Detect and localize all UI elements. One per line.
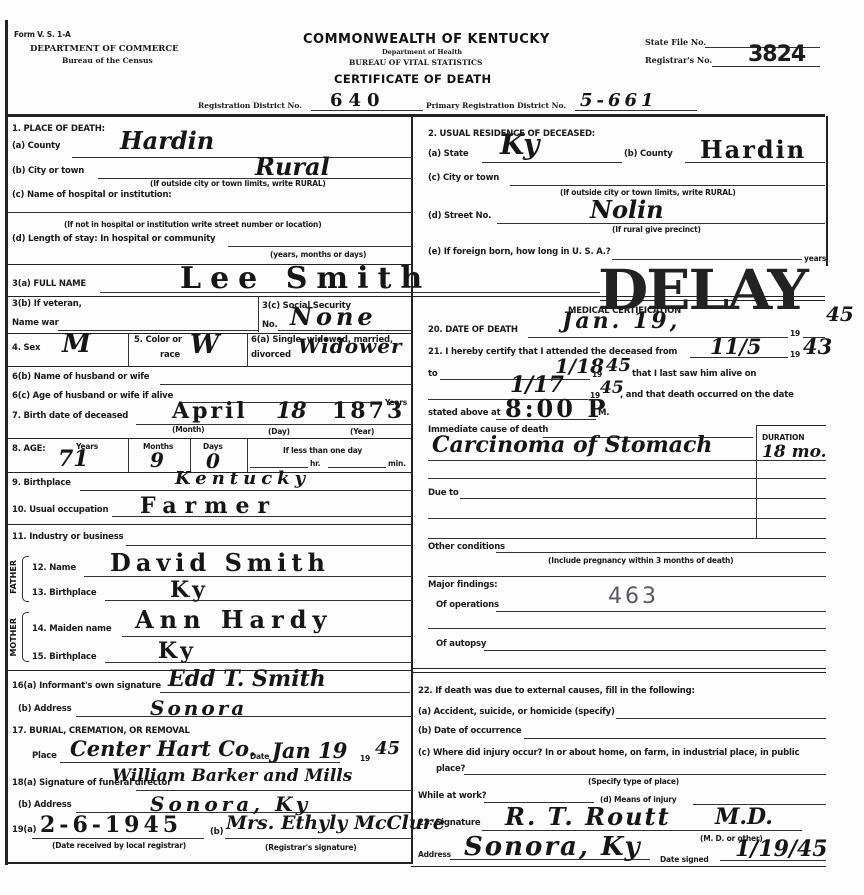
cause-line-1 [428,460,826,461]
accident-line [616,718,826,719]
res-street-label: (d) Street No. [428,211,491,221]
full-name-label: 3(a) FULL NAME [12,279,86,289]
external-heading: 22. If death was due to external causes,… [418,686,695,696]
where-label-2: place? [436,764,465,774]
res-state-value: Ky [500,128,539,161]
physician-address-value: Sonora, Ky [464,832,642,862]
stay-label: (d) Length of stay: In hospital or commu… [12,234,215,244]
father-name-label: 12. Name [32,563,76,573]
informant-sig-label: 16(a) Informant's own signature [12,681,161,691]
margin-year-45: 45 [826,302,854,326]
certify-label: 21. I hereby certify that I attended the… [428,347,677,357]
occurred-label: , and that death occurred on the date [620,390,794,400]
hr-label: hr. [310,459,320,468]
primary-district-value: 5-661 [580,90,658,111]
month-note: (Month) [172,425,204,434]
attended-to-year: 45 [606,355,631,376]
birth-day: 18 [276,398,307,424]
primary-district-label: Primary Registration District No. [426,101,566,110]
funeral-address-label: (b) Address [18,800,71,810]
burial-place-value: Center Hart Co. [70,736,256,761]
registrar-sig-line [225,838,412,839]
color-label-1: 5. Color or [134,335,182,345]
attended-from-value: 11/5 [710,334,762,359]
operations-line [496,611,826,612]
age-years: 71 [58,446,89,472]
hospital-label: (c) Name of hospital or institution: [12,190,172,200]
min-line [328,467,386,468]
registrars-label: Registrar's No. [645,55,712,65]
birth-year: 1873 [332,398,405,424]
date-of-death-label: 20. DATE OF DEATH [428,325,518,335]
medical-bottom [411,668,826,669]
occupation-label: 10. Usual occupation [12,505,108,515]
foreign-unit: years [804,254,826,263]
ss-value: None [290,302,377,331]
registrar-sig-note: (Registrar's signature) [265,843,356,852]
birthplace-value: Kentucky [175,468,310,489]
date-received-label: 19(a) [12,825,36,835]
cause-line-3 [428,518,826,519]
attended-from-year: 43 [803,334,832,359]
color-label-2: race [160,350,180,360]
sex-divider [128,333,129,366]
age-label: 8. AGE: [12,444,45,454]
cause-box-top [756,425,826,426]
autopsy-line [484,650,826,651]
burial-date-label: Date [250,752,269,761]
time-value: 8:00 P [505,394,608,423]
sex-label: 4. Sex [12,343,40,353]
age-divider-2 [190,438,191,472]
major-top-line [428,576,826,577]
autopsy-label: Of autopsy [436,639,486,649]
mother-name-label: 14. Maiden name [32,624,111,634]
date-received-value: 2-6-1945 [40,812,182,838]
bureau-census: Bureau of the Census [62,56,153,65]
informant-address-label: (b) Address [18,704,71,714]
marital-label-2: divorced [251,350,291,360]
cause-line-2 [428,478,826,479]
right-border [826,116,828,266]
occupation-value: Farmer [140,493,277,519]
burial-place-label: Place [32,751,57,761]
operations-note: 463 [608,584,659,609]
foreign-label: (e) If foreign born, how long in U. S. A… [428,247,611,257]
other-label: Other conditions [428,542,505,552]
stay-note: (years, months or days) [270,250,366,259]
burial-year-value: 45 [375,738,400,759]
ss-divider [258,296,259,332]
father-birthplace-line [105,600,412,601]
mother-birthplace-line [105,662,412,663]
burial-place-line [60,762,282,763]
color-value: W [190,330,219,360]
time-suffix: M. [598,408,609,418]
date-signed-value: 1/19/45 [735,836,828,862]
mother-name-line [122,636,412,637]
hospital-note: (If not in hospital or institution write… [64,220,321,229]
industry-label: 11. Industry or business [12,532,123,542]
burial-heading: 17. BURIAL, CREMATION, OR REMOVAL [12,726,190,736]
funeral-sig-line [136,790,412,791]
death-city-value: Rural [255,152,330,181]
color-divider [247,333,248,366]
operations-label: Of operations [436,600,499,610]
res-state-label: (a) State [428,149,468,159]
res-state-line [482,162,622,163]
birth-row-bottom [5,438,411,439]
county-line [72,157,412,158]
physician-sig-label: 23. Signature [418,818,480,828]
due-to-line [460,498,826,499]
res-street-note: (If rural give precinct) [612,225,701,234]
city-note: (If outside city or town limits, write R… [150,179,326,188]
less-day-label: If less than one day [283,446,362,455]
res-city-label: (c) City or town [428,173,499,183]
where-label: (c) Where did injury occur? In or about … [418,748,799,758]
other-note: (Include pregnancy within 3 months of de… [548,556,733,565]
birthplace-label: 9. Birthplace [12,478,71,488]
name-row-bottom [5,296,825,297]
duration-value: 18 mo. [762,442,827,462]
last-saw-label: that I last saw him alive on [632,369,756,379]
war-label: Name war [12,318,59,328]
industry-line [126,545,412,546]
mother-birthplace-value: Ky [158,638,197,664]
occupation-row-bottom [5,524,411,525]
father-name-value: David Smith [110,548,330,577]
sex-row-bottom [5,366,411,367]
certificate-title: CERTIFICATE OF DEATH [334,72,492,86]
res-street-value: Nolin [590,195,664,224]
accident-label: (a) Accident, suicide, or homicide (spec… [418,707,615,717]
name-row-bottom-2 [600,300,825,301]
birth-label: 7. Birth date of deceased [12,411,128,421]
mother-birthplace-label: 15. Birthplace [32,652,96,662]
bureau-vital: BUREAU OF VITAL STATISTICS [349,58,482,67]
work-label: While at work? [418,791,486,801]
dept-health: Department of Health [382,48,462,56]
place-of-death-heading: 1. PLACE OF DEATH: [12,124,105,134]
other-line [496,552,826,553]
res-county-value: Hardin [700,135,806,164]
min-label: min. [388,459,406,468]
date-received-note: (Date received by local registrar) [52,841,186,850]
ss-no-label: No. [262,320,278,330]
attended-from-prefix: 19 [790,350,800,359]
immediate-value: Carcinoma of Stomach [432,432,712,458]
header-rule [5,114,825,117]
dept-commerce: DEPARTMENT OF COMMERCE [30,44,179,54]
date-of-death-prefix: 19 [790,329,800,338]
age-divider-1 [128,438,129,472]
duration-divider [756,425,757,539]
state-file-label: State File No. [645,37,706,47]
cause-line-4 [428,538,826,539]
right-bottom-rule [411,866,826,867]
funeral-sig-value: William Barker and Mills [112,766,352,786]
city-label: (b) City or town [12,166,84,176]
hospital-line [8,212,412,213]
burial-date-value: Jan 19 [272,738,347,763]
death-county-value: Hardin [120,126,214,155]
res-county-label: (b) County [624,149,673,159]
mother-name-value: Ann Hardy [135,605,332,634]
spouse-name-line [160,384,412,385]
informant-sig-value: Edd T. Smith [168,666,326,692]
date-received-line [32,838,204,839]
where-line [464,774,826,775]
due-to-label: Due to [428,488,459,498]
physician-sig-value: R. T. Routt [505,802,671,831]
physician-title-value: M.D. [715,804,773,830]
sex-value: M [62,329,91,359]
father-birthplace-label: 13. Birthplace [32,588,96,598]
father-brace [22,556,29,602]
left-border [5,20,8,865]
informant-address-value: Sonora [150,696,247,720]
mother-side-label: MOTHER [9,618,18,657]
father-side-label: FATHER [9,560,18,594]
age-months: 9 [150,448,164,472]
where-note: (Specify type of place) [588,777,679,786]
occurrence-line [524,738,826,739]
father-birthplace-value: Ky [170,577,209,603]
major-label: Major findings: [428,580,497,590]
age-divider-3 [247,438,248,472]
mother-brace [22,612,29,662]
stay-line [228,246,412,247]
county-label: (a) County [12,141,60,151]
registrar-sig-value: Mrs. Ethyly McClure [226,812,445,834]
date-of-death-value: Jan. 19, [562,308,680,334]
occurrence-label: (b) Date of occurrence [418,726,521,736]
reg-district-value: 640 [330,90,386,111]
veteran-label: 3(b) If veteran, [12,299,82,309]
burial-year-prefix: 19 [360,754,370,763]
to-label: to [428,369,438,379]
day-note: (Day) [268,427,290,436]
bottom-rule [5,862,411,864]
reg-district-label: Registration District No. [198,101,302,110]
duration-label: DURATION [762,433,804,442]
spouse-age-label: 6(c) Age of husband or wife if alive [12,391,173,401]
commonwealth-title: COMMONWEALTH OF KENTUCKY [303,32,550,47]
registrar-sig-label: (b) [210,827,223,837]
informant-sig-line [160,692,410,693]
stated-label: stated above at [428,408,500,418]
physician-address-label: Address [418,850,451,859]
date-signed-label: Date signed [660,855,709,864]
form-number: Form V. S. 1-A [14,30,71,39]
res-city-line [510,185,825,186]
registrars-number: 3824 [748,42,805,67]
spouse-name-label: 6(b) Name of husband or wife [12,372,149,382]
birth-month: April [172,398,248,424]
operations-line-2 [428,628,826,629]
birthplace-line [80,490,412,491]
medical-bottom-2 [411,672,826,673]
full-name-value: Lee Smith [180,261,431,296]
marital-value: Widower [298,334,403,358]
year-note: (Year) [350,427,374,436]
